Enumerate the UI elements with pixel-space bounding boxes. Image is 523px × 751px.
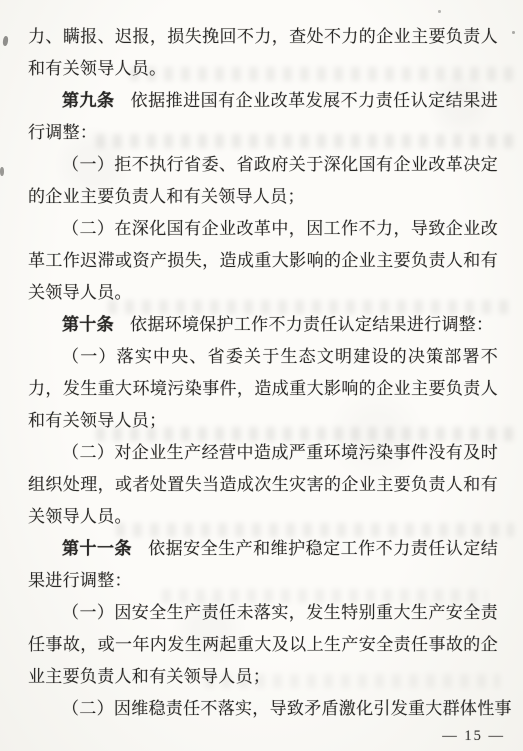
article-9-number: 第九条 [62, 91, 115, 110]
page-number: — 15 — [442, 728, 505, 745]
article-11-heading: 第十一条依据安全生产和维护稳定工作不力责任认定结果进行调整： [28, 533, 498, 597]
scan-ink-speck [512, 31, 515, 34]
article-11-item-1: （一）因安全生产责任未落实，发生特别重大生产安全责任事故，或一年内发生两起重大及… [28, 597, 498, 693]
document-text-body: 力、瞒报、迟报，损失挽回不力，查处不力的企业主要负责人和有关领导人员。 第九条依… [28, 21, 498, 725]
article-10-item-1: （一）落实中央、省委关于生态文明建设的决策部署不力，发生重大环境污染事件，造成重… [28, 341, 498, 437]
paragraph-text: （一）落实中央、省委关于生态文明建设的决策部署不力，发生重大环境污染事件，造成重… [28, 347, 498, 430]
article-10-item-2: （二）对企业生产经营中造成严重环境污染事件没有及时组织处理，或者处置失当造成次生… [28, 437, 498, 533]
article-11-number: 第十一条 [62, 539, 132, 558]
article-10-text: 依据环境保护工作不力责任认定结果进行调整： [130, 315, 493, 334]
article-10-number: 第十条 [62, 315, 114, 334]
paragraph-text: （一）拒不执行省委、省政府关于深化国有企业改革决定的企业主要负责人和有关领导人员… [28, 155, 498, 206]
paragraph-text: （二）因维稳责任不落实，导致矛盾激化引发重大群体性事 [62, 699, 512, 718]
document-page: { "page": { "footer_page_number": "— 15 … [0, 0, 523, 751]
paragraph-text: （二）在深化国有企业改革中，因工作不力，导致企业改革工作迟滞或资产损失，造成重大… [28, 219, 498, 302]
scan-ink-speck [438, 10, 441, 13]
paragraph-text: （二）对企业生产经营中造成严重环境污染事件没有及时组织处理，或者处置失当造成次生… [28, 443, 498, 526]
scan-ink-speck [2, 36, 8, 47]
article-10-heading: 第十条依据环境保护工作不力责任认定结果进行调整： [28, 309, 498, 341]
scan-ink-speck [0, 167, 4, 176]
paragraph-text: （一）因安全生产责任未落实，发生特别重大生产安全责任事故，或一年内发生两起重大及… [28, 603, 498, 686]
article-11-item-2-truncated: （二）因维稳责任不落实，导致矛盾激化引发重大群体性事 [28, 693, 498, 725]
article-9-item-1: （一）拒不执行省委、省政府关于深化国有企业改革决定的企业主要负责人和有关领导人员… [28, 149, 498, 213]
article-9-heading: 第九条依据推进国有企业改革发展不力责任认定结果进行调整： [28, 85, 498, 149]
continuation-paragraph: 力、瞒报、迟报，损失挽回不力，查处不力的企业主要负责人和有关领导人员。 [28, 21, 498, 85]
article-9-item-2: （二）在深化国有企业改革中，因工作不力，导致企业改革工作迟滞或资产损失，造成重大… [28, 213, 498, 309]
paragraph-text: 力、瞒报、迟报，损失挽回不力，查处不力的企业主要负责人和有关领导人员。 [28, 27, 498, 78]
